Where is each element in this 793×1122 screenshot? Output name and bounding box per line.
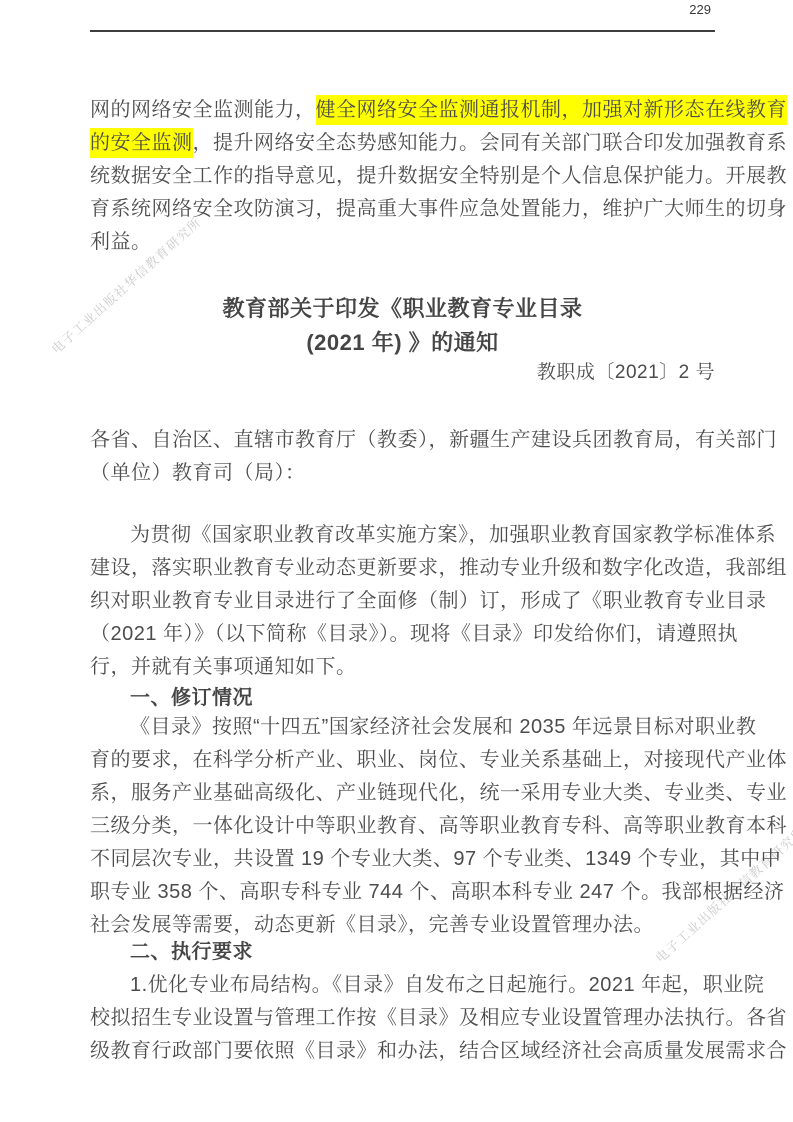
text-line: 统数据安全工作的指导意见，提升数据安全特别是个人信息保护能力。开展教 bbox=[90, 160, 715, 193]
text-line: 1.优化专业布局结构。《目录》自发布之日起施行。2021 年起，职业院 bbox=[90, 969, 715, 1002]
paragraph-section1: 《目录》按照“十四五”国家经济社会发展和 2035 年远景目标对职业教 育的要求… bbox=[90, 711, 715, 942]
paragraph-network-security: 网的网络安全监测能力，健全网络安全监测通报机制，加强对新形态在线教育 的安全监测… bbox=[90, 94, 715, 259]
text-line: 为贯彻《国家职业教育改革实施方案》，加强职业教育国家教学标准体系 bbox=[90, 519, 715, 552]
text-line: 三级分类，一体化设计中等职业教育、高等职业教育专科、高等职业教育本科 bbox=[90, 810, 715, 843]
notice-title-line: (2021 年) 》的通知 bbox=[90, 326, 715, 360]
text-line: 织对职业教育专业目录进行了全面修（制）订，形成了《职业教育专业目录 bbox=[90, 585, 715, 618]
text-line: 不同层次专业，共设置 19 个专业大类、97 个专业类、1349 个专业，其中中 bbox=[90, 843, 715, 876]
text-line: 利益。 bbox=[90, 226, 715, 259]
salutation: 各省、自治区、直辖市教育厅（教委），新疆生产建设兵团教育局，有关部门 （单位）教… bbox=[90, 424, 715, 490]
notice-title: 教育部关于印发《职业教育专业目录 (2021 年) 》的通知 bbox=[90, 292, 715, 360]
text-segment: ，提升网络安全态势感知能力。会同有关部门联合印发加强教育系 bbox=[193, 132, 788, 154]
text-line: （2021 年）》（以下简称《目录》）。现将《目录》印发给你们，请遵照执 bbox=[90, 618, 715, 651]
highlighted-text: 健全网络安全监测通报机制，加强对新形态在线教育 bbox=[316, 95, 788, 125]
text-line: 育系统网络安全攻防演习，提高重大事件应急处置能力，维护广大师生的切身 bbox=[90, 193, 715, 226]
text-line: 建设，落实职业教育专业动态更新要求，推动专业升级和数字化改造，我部组 bbox=[90, 552, 715, 585]
paragraph-section2: 1.优化专业布局结构。《目录》自发布之日起施行。2021 年起，职业院 校拟招生… bbox=[90, 969, 715, 1068]
highlighted-text: 的安全监测 bbox=[90, 128, 193, 158]
text-line: 育的要求，在科学分析产业、职业、岗位、专业关系基础上，对接现代产业体 bbox=[90, 744, 715, 777]
text-line: 级教育行政部门要依照《目录》和办法，结合区域经济社会高质量发展需求合 bbox=[90, 1035, 715, 1068]
document-number: 教职成〔2021〕2 号 bbox=[90, 360, 715, 386]
text-line: 行，并就有关事项通知如下。 bbox=[90, 651, 715, 684]
header-rule bbox=[90, 30, 715, 32]
text-line: 的安全监测，提升网络安全态势感知能力。会同有关部门联合印发加强教育系 bbox=[90, 127, 715, 160]
text-segment: 网的网络安全监测能力， bbox=[90, 99, 316, 121]
section2-heading: 二、执行要求 bbox=[90, 936, 715, 969]
section-heading-text: 二、执行要求 bbox=[90, 936, 715, 969]
text-line: 系，服务产业基础高级化、产业链现代化，统一采用专业大类、专业类、专业 bbox=[90, 777, 715, 810]
text-line: 职专业 358 个、高职专科专业 744 个、高职本科专业 247 个。我部根据… bbox=[90, 876, 715, 909]
notice-title-line: 教育部关于印发《职业教育专业目录 bbox=[90, 292, 715, 326]
text-line: 校拟招生专业设置与管理工作按《目录》及相应专业设置管理办法执行。各省 bbox=[90, 1002, 715, 1035]
paragraph-intro: 为贯彻《国家职业教育改革实施方案》，加强职业教育国家教学标准体系 建设，落实职业… bbox=[90, 519, 715, 684]
text-line: （单位）教育司（局）： bbox=[90, 457, 715, 490]
text-line: 网的网络安全监测能力，健全网络安全监测通报机制，加强对新形态在线教育 bbox=[90, 94, 715, 127]
page-number: 229 bbox=[689, 2, 711, 17]
document-number-text: 教职成〔2021〕2 号 bbox=[90, 360, 715, 386]
text-line: 各省、自治区、直辖市教育厅（教委），新疆生产建设兵团教育局，有关部门 bbox=[90, 424, 715, 457]
text-line: 《目录》按照“十四五”国家经济社会发展和 2035 年远景目标对职业教 bbox=[90, 711, 715, 744]
